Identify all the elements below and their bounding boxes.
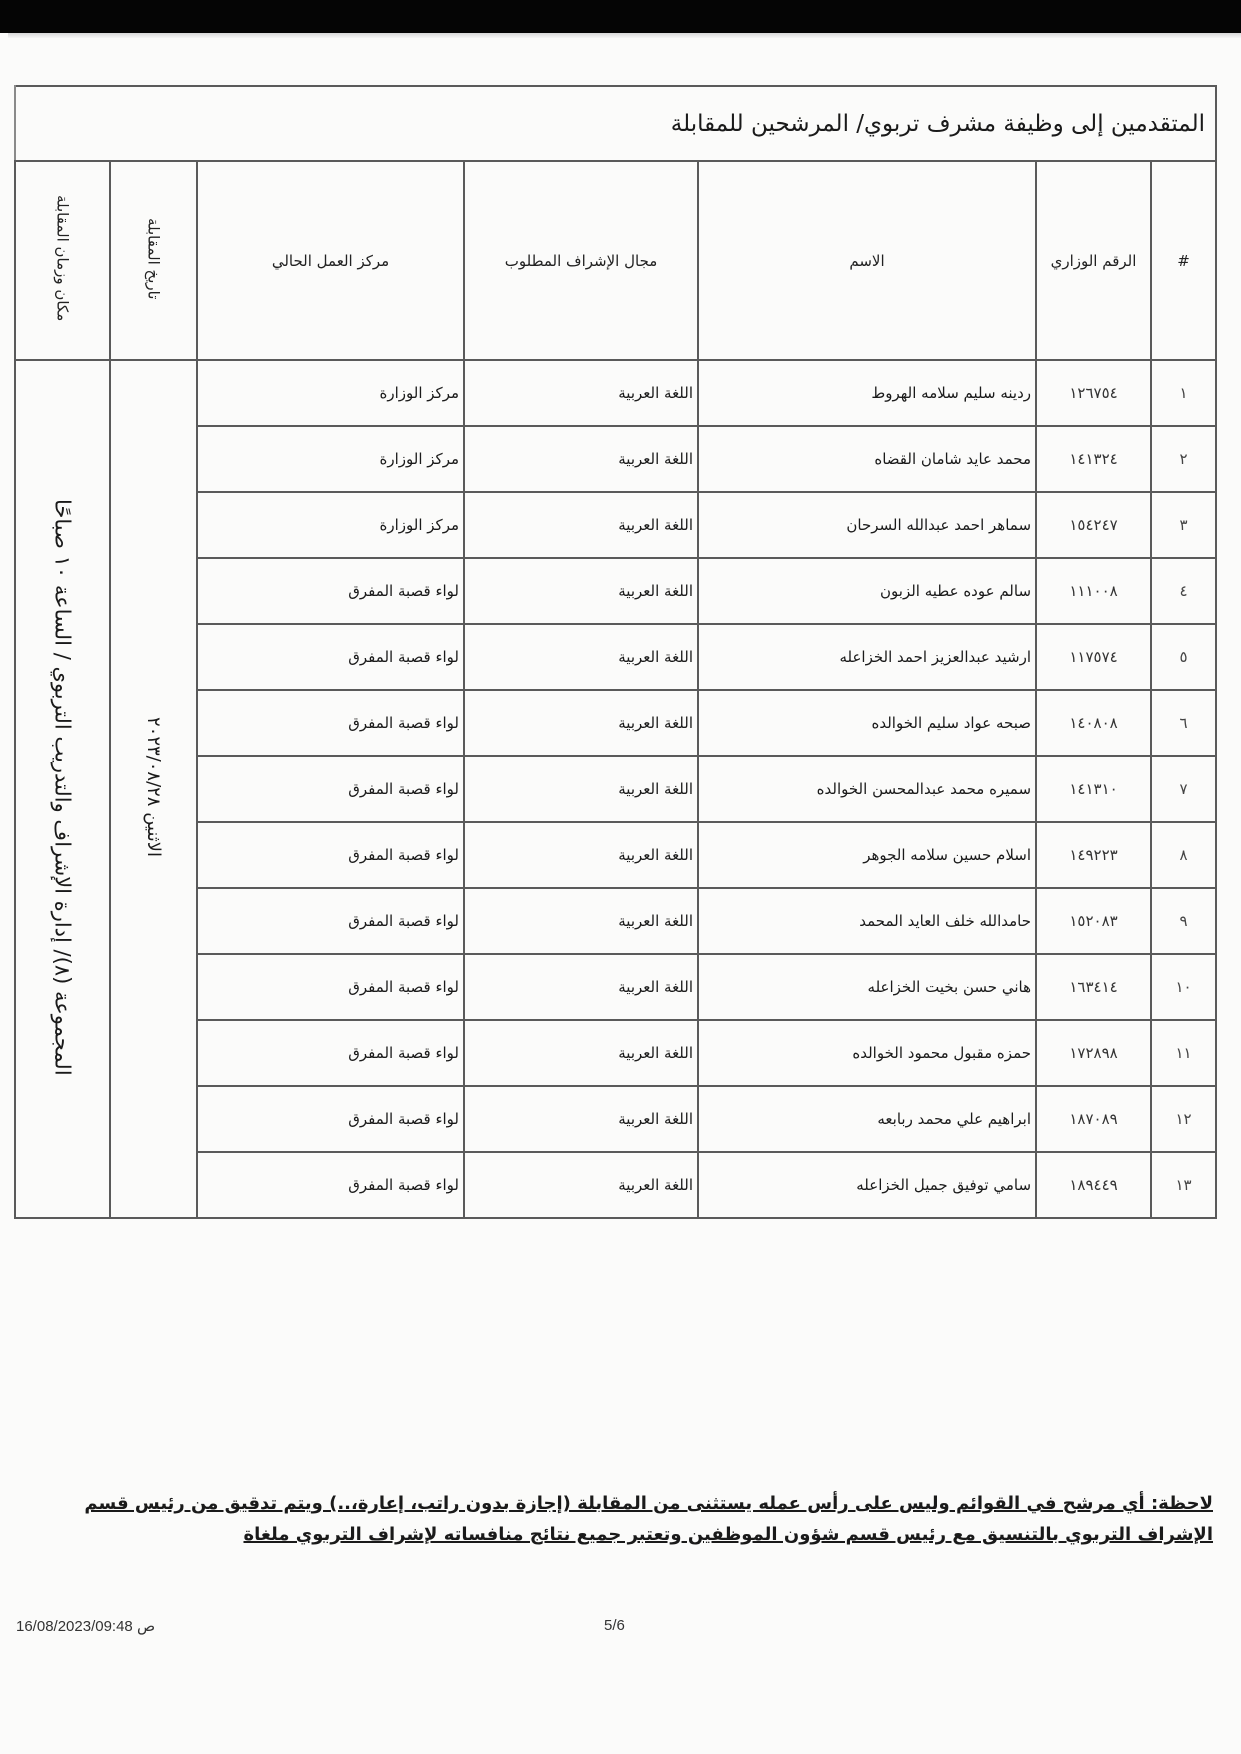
row-ministry-id: ١٥٤٢٤٧	[1036, 492, 1151, 558]
row-field: اللغة العربية	[464, 756, 698, 822]
header-name: الاسم	[698, 161, 1036, 360]
table-row: ١ ١٢٦٧٥٤ ردينه سليم سلامه الهروط اللغة ا…	[15, 360, 1216, 426]
row-index: ١٢	[1151, 1086, 1216, 1152]
row-index: ١	[1151, 360, 1216, 426]
row-index: ١٠	[1151, 954, 1216, 1020]
row-workplace: مركز الوزارة	[197, 360, 464, 426]
row-field: اللغة العربية	[464, 822, 698, 888]
row-field: اللغة العربية	[464, 888, 698, 954]
row-index: ٤	[1151, 558, 1216, 624]
row-name: سامي توفيق جميل الخزاعله	[698, 1152, 1036, 1218]
row-workplace: لواء قصبة المفرق	[197, 690, 464, 756]
interview-date-cell: الاثنين ٢٠٢٣/٠٨/٢٨	[110, 360, 197, 1218]
row-name: ارشيد عبدالعزيز احمد الخزاعله	[698, 624, 1036, 690]
row-field: اللغة العربية	[464, 492, 698, 558]
page-number: 5/6	[604, 1617, 625, 1634]
row-ministry-id: ١٧٢٨٩٨	[1036, 1020, 1151, 1086]
row-workplace: لواء قصبة المفرق	[197, 888, 464, 954]
top-bar-shadow	[8, 33, 1241, 38]
row-field: اللغة العربية	[464, 624, 698, 690]
header-interview-place-time-label: مكان وزمان المقابلة	[54, 195, 72, 321]
row-workplace: لواء قصبة المفرق	[197, 822, 464, 888]
row-name: صبحه عواد سليم الخوالده	[698, 690, 1036, 756]
row-ministry-id: ١٤٠٨٠٨	[1036, 690, 1151, 756]
row-name: سميره محمد عبدالمحسن الخوالده	[698, 756, 1036, 822]
document-title: المتقدمين إلى وظيفة مشرف تربوي/ المرشحين…	[15, 86, 1216, 161]
row-ministry-id: ١١١٠٠٨	[1036, 558, 1151, 624]
interview-place-time-cell: المجموعة (٨)/ إدارة الإشراف والتدريب الت…	[15, 360, 110, 1218]
row-name: سماهر احمد عبدالله السرحان	[698, 492, 1036, 558]
row-field: اللغة العربية	[464, 1086, 698, 1152]
row-field: اللغة العربية	[464, 426, 698, 492]
row-ministry-id: ١٤١٣٢٤	[1036, 426, 1151, 492]
candidates-table: المتقدمين إلى وظيفة مشرف تربوي/ المرشحين…	[14, 85, 1217, 1219]
row-name: سالم عوده عطيه الزبون	[698, 558, 1036, 624]
row-name: ردينه سليم سلامه الهروط	[698, 360, 1036, 426]
row-workplace: لواء قصبة المفرق	[197, 1152, 464, 1218]
row-ministry-id: ١٦٣٤١٤	[1036, 954, 1151, 1020]
row-workplace: لواء قصبة المفرق	[197, 1086, 464, 1152]
row-index: ١٣	[1151, 1152, 1216, 1218]
row-name: محمد عايد شامان القضاه	[698, 426, 1036, 492]
row-index: ٦	[1151, 690, 1216, 756]
row-name: حمزه مقبول محمود الخوالده	[698, 1020, 1036, 1086]
row-ministry-id: ١٢٦٧٥٤	[1036, 360, 1151, 426]
top-black-bar	[0, 0, 1241, 33]
row-ministry-id: ١٤٩٢٢٣	[1036, 822, 1151, 888]
interview-place-time-value: المجموعة (٨)/ إدارة الإشراف والتدريب الت…	[51, 499, 75, 1076]
header-index: #	[1151, 161, 1216, 360]
row-ministry-id: ١١٧٥٧٤	[1036, 624, 1151, 690]
row-workplace: لواء قصبة المفرق	[197, 558, 464, 624]
row-index: ٥	[1151, 624, 1216, 690]
header-row: # الرقم الوزاري الاسم مجال الإشراف المطل…	[15, 161, 1216, 360]
footnote: لاحظة: أي مرشح في القوائم وليس على رأس ع…	[58, 1488, 1213, 1550]
row-field: اللغة العربية	[464, 954, 698, 1020]
row-name: اسلام حسين سلامه الجوهر	[698, 822, 1036, 888]
row-field: اللغة العربية	[464, 690, 698, 756]
row-index: ٨	[1151, 822, 1216, 888]
interview-date-value: الاثنين ٢٠٢٣/٠٨/٢٨	[143, 717, 164, 857]
header-current-workplace: مركز العمل الحالي	[197, 161, 464, 360]
row-ministry-id: ١٨٩٤٤٩	[1036, 1152, 1151, 1218]
row-workplace: مركز الوزارة	[197, 426, 464, 492]
row-index: ١١	[1151, 1020, 1216, 1086]
row-field: اللغة العربية	[464, 558, 698, 624]
header-interview-date: تاريخ المقابلة	[110, 161, 197, 360]
row-index: ٢	[1151, 426, 1216, 492]
row-index: ٧	[1151, 756, 1216, 822]
row-workplace: لواء قصبة المفرق	[197, 624, 464, 690]
row-field: اللغة العربية	[464, 360, 698, 426]
header-interview-date-label: تاريخ المقابلة	[145, 218, 163, 299]
row-name: ابراهيم علي محمد ربابعه	[698, 1086, 1036, 1152]
row-name: هاني حسن بخيت الخزاعله	[698, 954, 1036, 1020]
row-workplace: لواء قصبة المفرق	[197, 756, 464, 822]
row-ministry-id: ١٥٢٠٨٣	[1036, 888, 1151, 954]
row-ministry-id: ١٤١٣١٠	[1036, 756, 1151, 822]
row-index: ٣	[1151, 492, 1216, 558]
row-workplace: مركز الوزارة	[197, 492, 464, 558]
row-workplace: لواء قصبة المفرق	[197, 954, 464, 1020]
row-index: ٩	[1151, 888, 1216, 954]
row-name: حامدالله خلف العايد المحمد	[698, 888, 1036, 954]
row-ministry-id: ١٨٧٠٨٩	[1036, 1086, 1151, 1152]
header-interview-place-time: مكان وزمان المقابلة	[15, 161, 110, 360]
row-field: اللغة العربية	[464, 1152, 698, 1218]
print-timestamp: 16/08/2023/09:48 ص	[16, 1617, 155, 1635]
row-field: اللغة العربية	[464, 1020, 698, 1086]
row-workplace: لواء قصبة المفرق	[197, 1020, 464, 1086]
header-ministry-id: الرقم الوزاري	[1036, 161, 1151, 360]
header-supervision-field: مجال الإشراف المطلوب	[464, 161, 698, 360]
